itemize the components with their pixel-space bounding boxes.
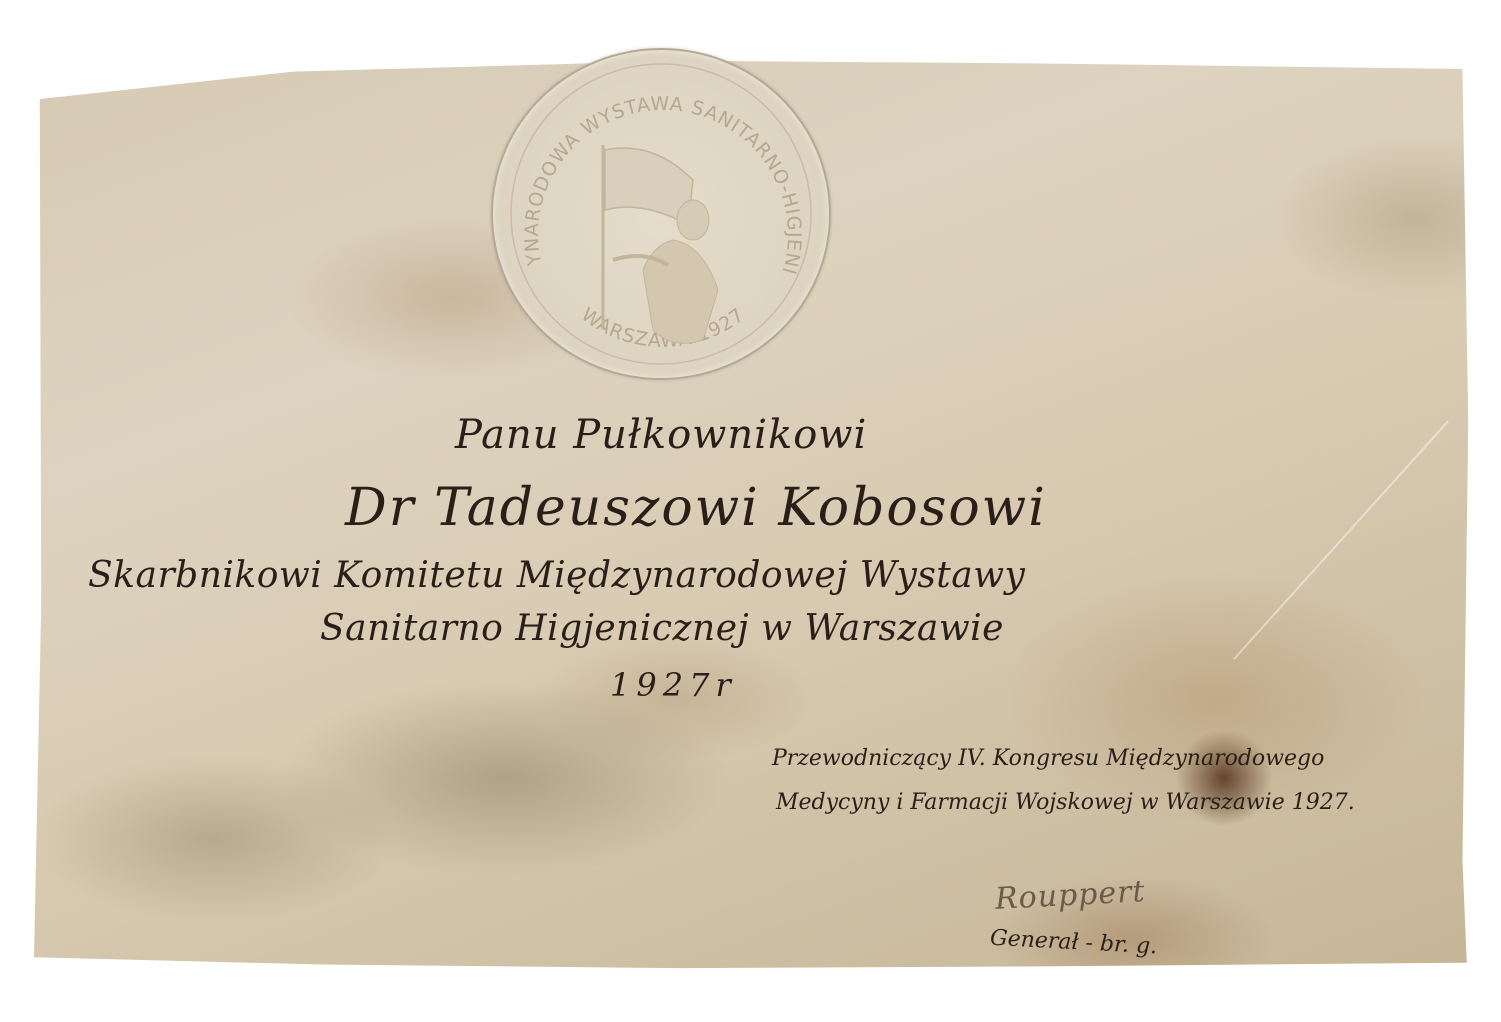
salutation: Panu Pułkownikowi [455, 412, 867, 458]
paper-fold-crease [1233, 421, 1449, 660]
embossed-seal: MIĘDZYNARODOWA WYSTAWA SANITARNO-HIGJENI… [491, 48, 831, 380]
recipient-name: Dr Tadeuszowi Kobosowi [345, 478, 1047, 538]
dedication-year: 1927r [610, 666, 737, 704]
recipient-title-line-1: Skarbnikowi Komitetu Międzynarodowej Wys… [88, 555, 1025, 596]
recipient-title-line-2: Sanitarno Higjenicznej w Warszawie [320, 608, 1004, 649]
signatory-title-line-2: Medycyny i Farmacji Wojskowej w Warszawi… [776, 790, 1355, 815]
signatory-title-line-1: Przewodniczący IV. Kongresu Międzynarodo… [772, 746, 1324, 771]
seal-emblem-icon: MIĘDZYNARODOWA WYSTAWA SANITARNO-HIGJENI… [493, 50, 829, 378]
